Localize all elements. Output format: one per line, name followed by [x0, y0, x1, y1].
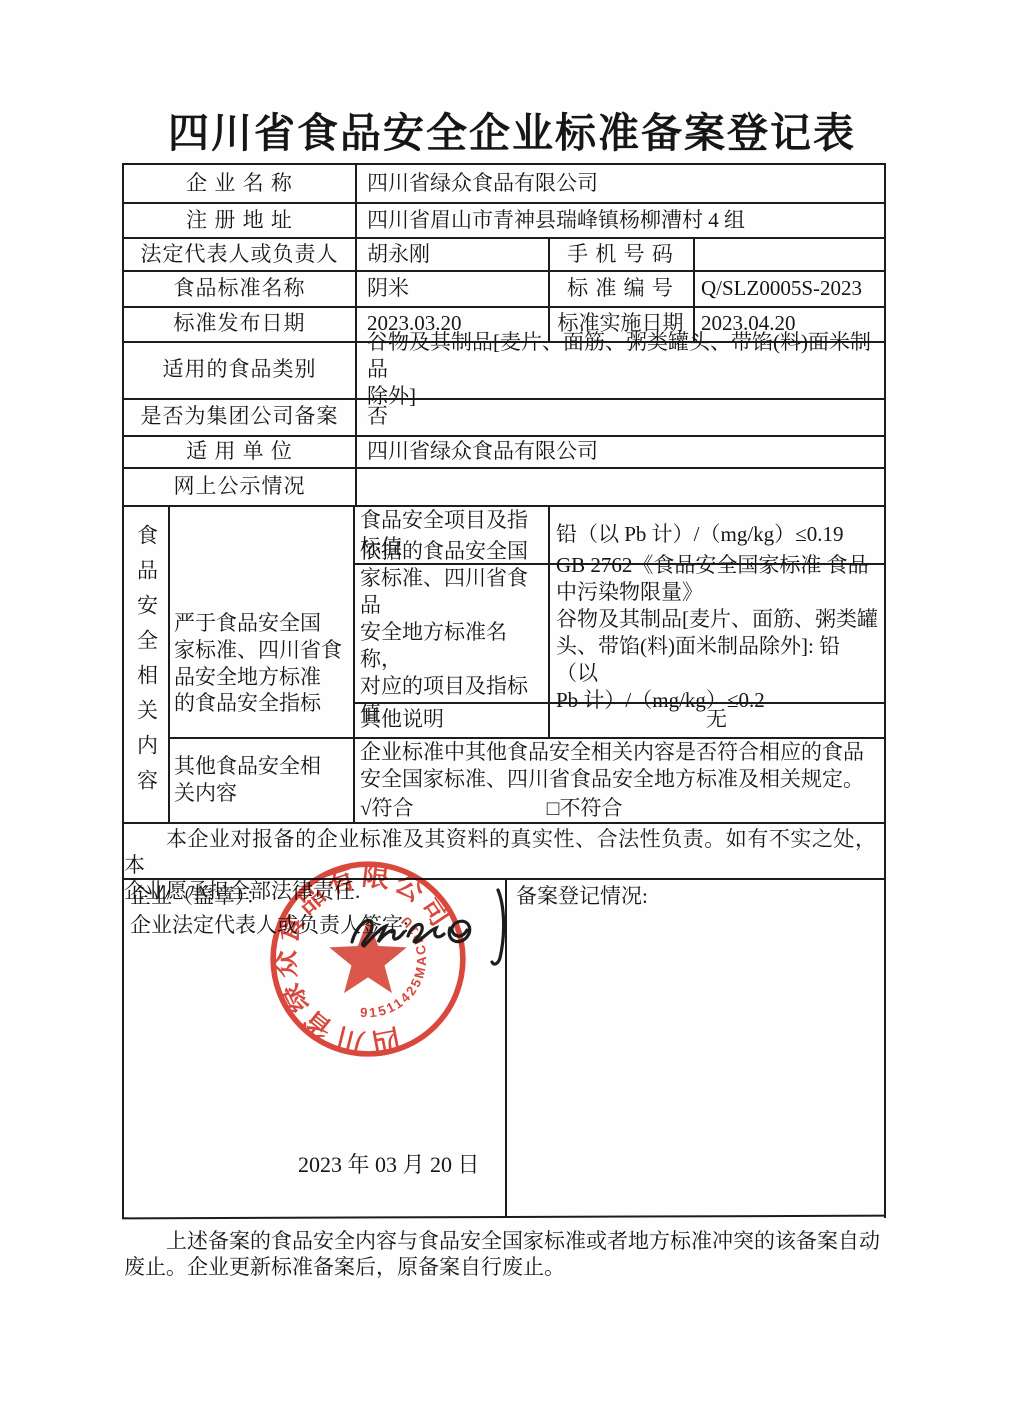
company-name-label: 企 业 名 称 [124, 165, 355, 202]
online-publicity-label: 网上公示情况 [124, 469, 355, 503]
grid-line [122, 822, 886, 824]
other-safety-statement: 企业标准中其他食品安全相关内容是否符合相应的食品 安全国家标准、四川省食品安全地… [360, 740, 864, 791]
other-safety-label: 其他食品安全相 关内容 [174, 739, 350, 820]
other-safety-content: 企业标准中其他食品安全相关内容是否符合相应的食品 安全国家标准、四川省食品安全地… [360, 739, 880, 820]
other-note-value: 无 [550, 704, 884, 735]
mobile-value [695, 239, 892, 270]
registered-address-label: 注 册 地 址 [124, 204, 355, 237]
footnote-text: 上述备案的食品安全内容与食品安全国家标准或者地方标准冲突的该备案自动 废止。企业… [124, 1228, 884, 1280]
food-category-label: 适用的食品类别 [124, 343, 355, 396]
page-title: 四川省食品安全企业标准备案登记表 [0, 100, 1024, 159]
standard-name-value: 阴米 [357, 272, 556, 304]
legal-rep-label: 法定代表人或负责人 [124, 239, 355, 270]
conformity-check-row: √符合 □不符合 [360, 795, 880, 822]
online-publicity-value [357, 469, 887, 503]
basis-standard-value: GB 2762《食品安全国家标准 食品 中污染物限量》 谷物及其制品[麦片、面筋… [556, 565, 882, 700]
food-category-value: 谷物及其制品[麦片、面筋、粥类罐头、带馅(料)面米制品 除外] [357, 343, 887, 396]
grid-line [122, 1215, 886, 1220]
grid-line [548, 505, 550, 737]
not-conforms-checkbox: □不符合 [547, 796, 623, 820]
registration-status-label: 备案登记情况: [516, 882, 648, 910]
group-filing-value: 否 [357, 400, 887, 433]
signing-date: 2023 年 03 月 20 日 [298, 1150, 480, 1180]
applicable-unit-value: 四川省绿众食品有限公司 [357, 437, 887, 465]
mobile-label: 手 机 号 码 [550, 239, 691, 270]
publish-date-label: 标准发布日期 [124, 308, 355, 339]
standard-no-value: Q/SLZ0005S-2023 [695, 272, 888, 304]
handwritten-signature [346, 884, 516, 980]
grid-line [353, 505, 355, 822]
registered-address-value: 四川省眉山市青神县瑞峰镇杨柳漕村 4 组 [357, 204, 887, 237]
applicable-unit-label: 适 用 单 位 [124, 437, 355, 465]
company-name-value: 四川省绿众食品有限公司 [357, 165, 887, 202]
legal-rep-value: 胡永刚 [357, 239, 556, 270]
scanned-form-page: 四川省食品安全企业标准备案登记表 企 业 名 称 四川省绿众食品有限公司 注 册… [0, 0, 1024, 1421]
grid-line [168, 505, 170, 822]
company-seal-label: 企业（盖章）： [130, 882, 267, 910]
basis-standard-label: 依据的食品安全国 家标准、四川省食品 安全地方标准名称， 对应的项目及指标 值 [360, 565, 544, 700]
conforms-checkmark: √符合 [360, 796, 414, 820]
standard-no-label: 标 准 编 号 [550, 272, 691, 304]
other-note-label: 其他说明 [360, 704, 542, 735]
standard-name-label: 食品标准名称 [124, 272, 355, 304]
safety-section-side-label: 食品安全相关内容 [124, 507, 168, 820]
group-filing-label: 是否为集团公司备案 [124, 400, 355, 433]
